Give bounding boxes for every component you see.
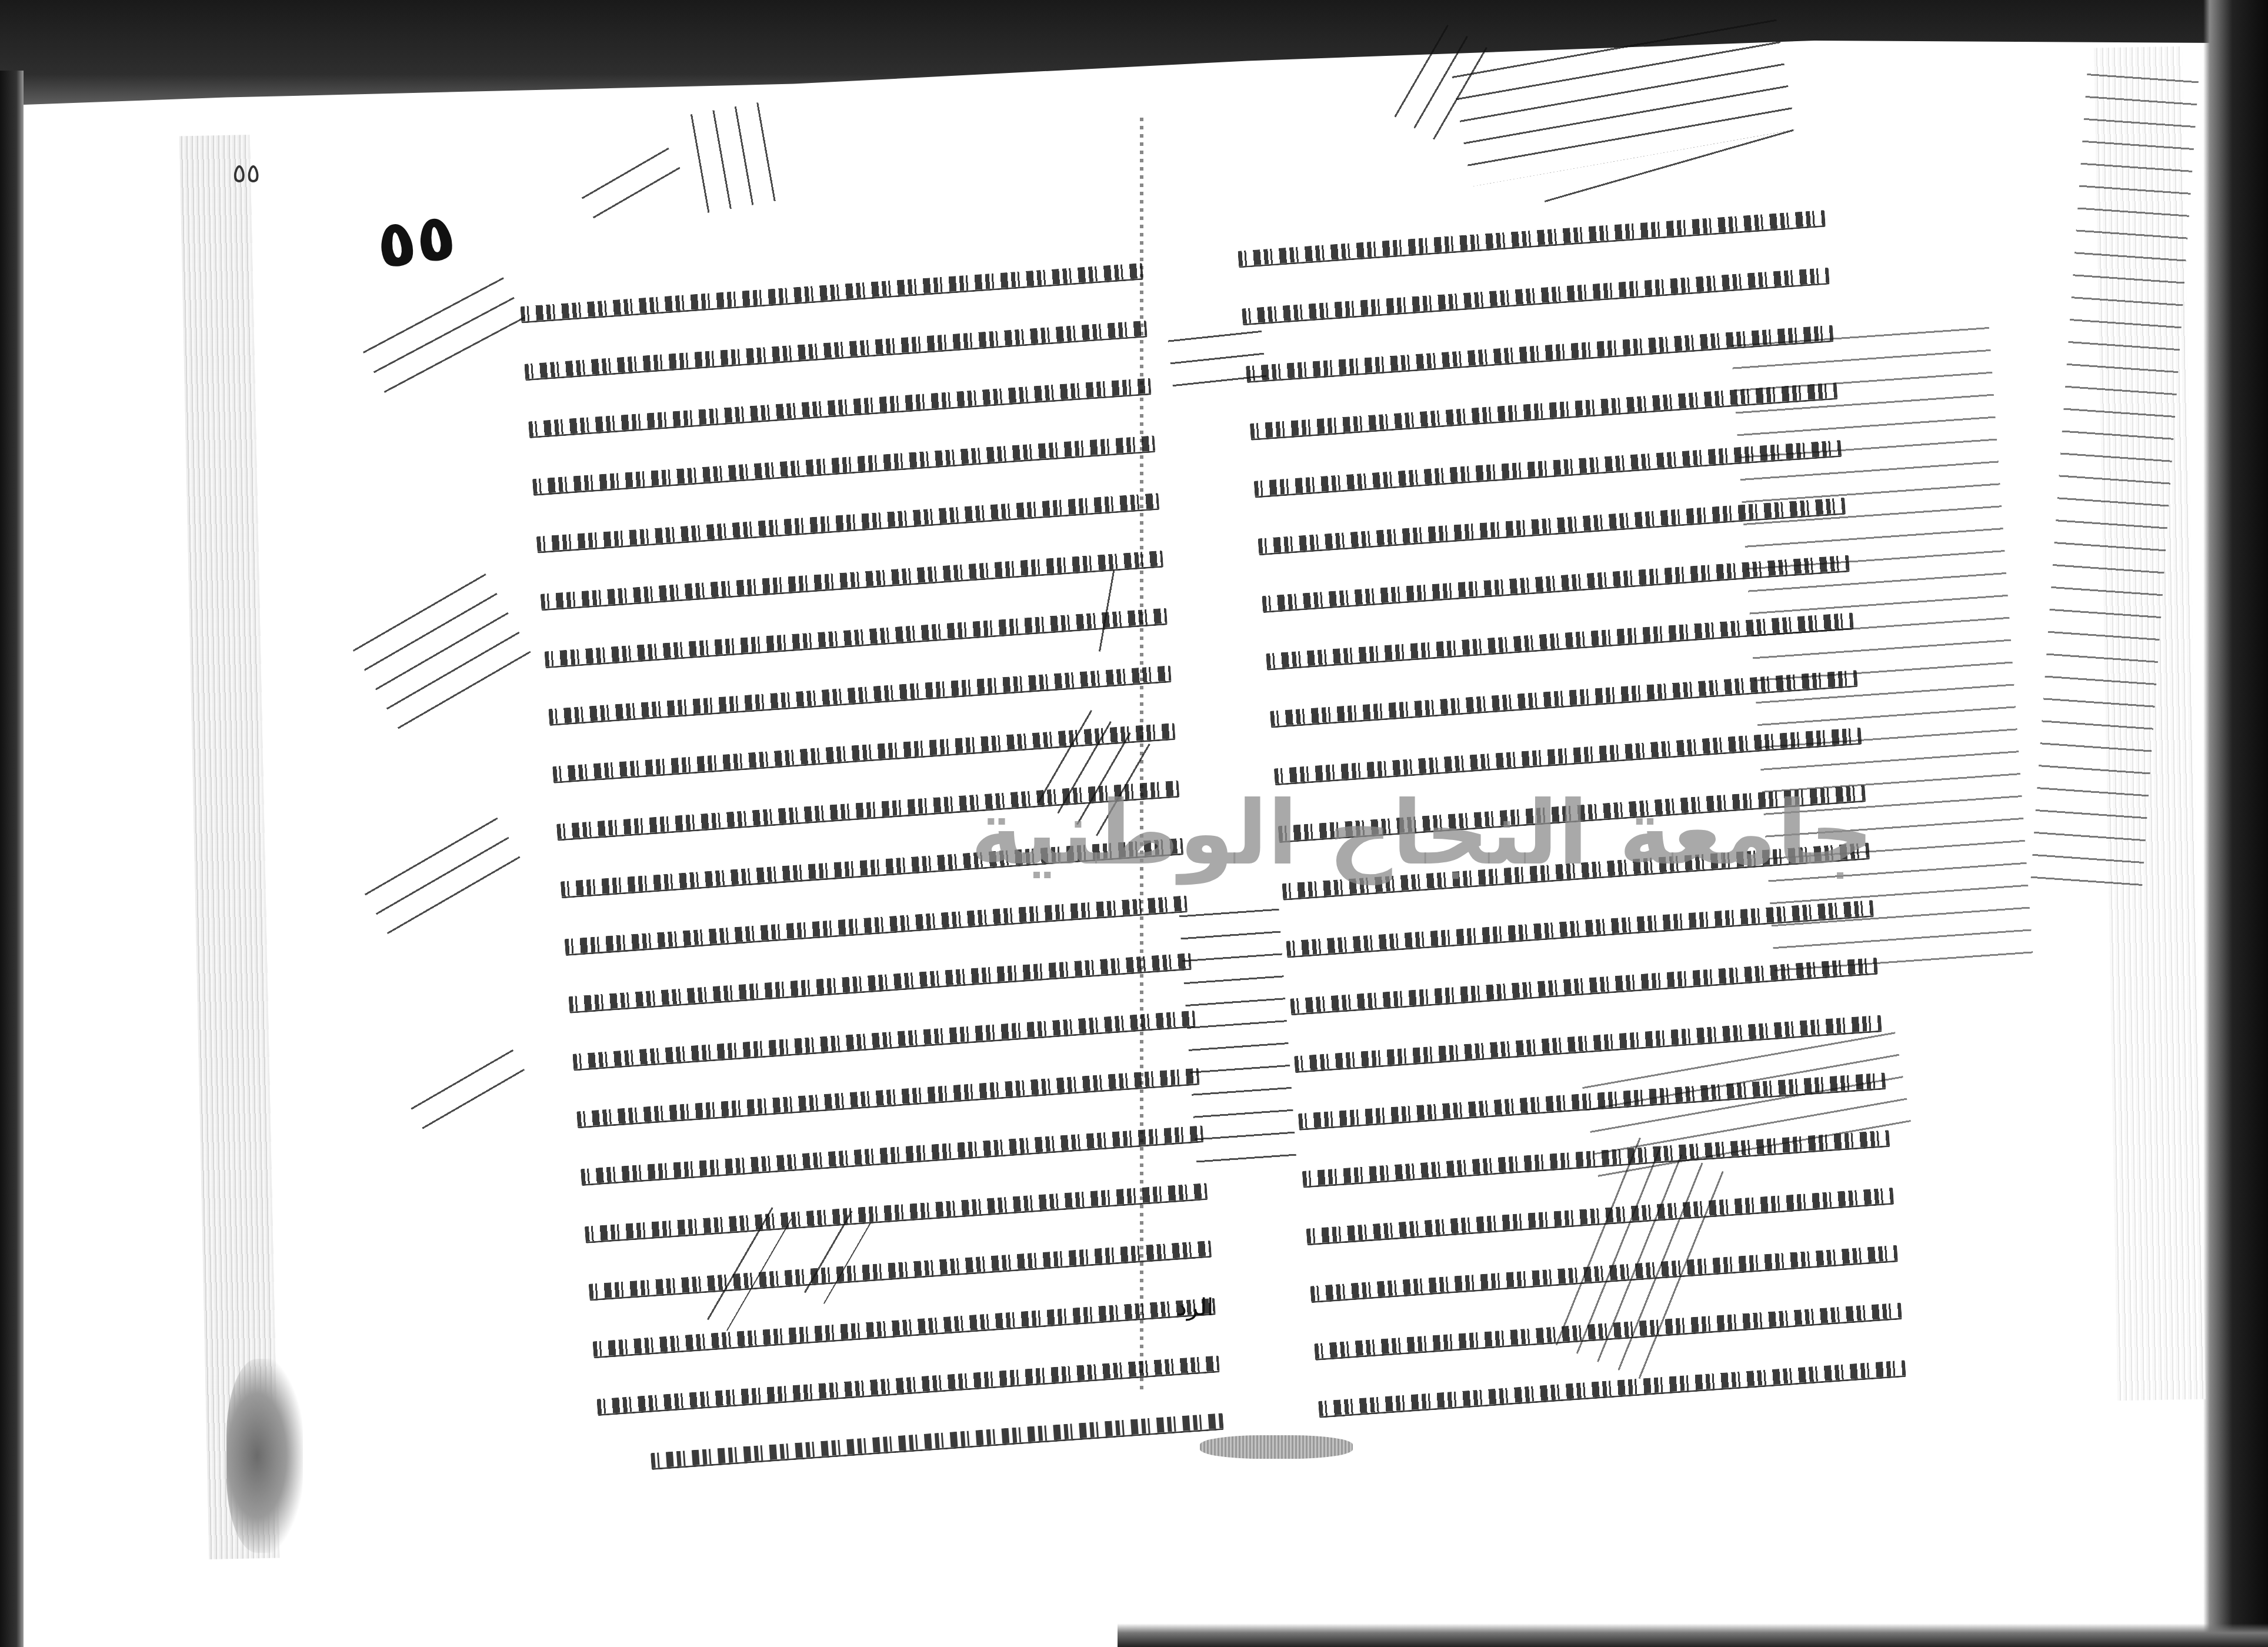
scan-background-bottom [1118, 1623, 2268, 1647]
scan-background-top [0, 0, 2268, 135]
margin-note [1168, 325, 1268, 399]
library-watermark: جامعة النجاح الوطنية [970, 782, 1873, 885]
page-stack-edge-left [179, 135, 280, 1559]
margin-note [671, 101, 781, 216]
margin-note [1730, 321, 2034, 985]
margin-note [408, 1044, 533, 1143]
text-line: ويقع بعده ... الطلاق ... انت طالق لو انت… [1240, 252, 1829, 326]
catchword: الرد [1176, 1294, 1213, 1321]
text-line: قبل الوطء ... بانت بالاولى ولم يقع الثان… [1236, 194, 1825, 268]
folio-number-large: ٥٥ [372, 198, 461, 283]
scan-background-left [0, 71, 24, 1647]
ink-smudge [1200, 1435, 1353, 1459]
page-stain [226, 1359, 303, 1553]
scan-background-right [2203, 0, 2268, 1647]
margin-note [579, 142, 686, 228]
margin-note [360, 272, 528, 398]
folio-number-small: ٥٥ [232, 159, 260, 189]
margin-note [362, 812, 521, 935]
margin-note [350, 568, 532, 731]
margin-note [1179, 903, 1298, 1180]
